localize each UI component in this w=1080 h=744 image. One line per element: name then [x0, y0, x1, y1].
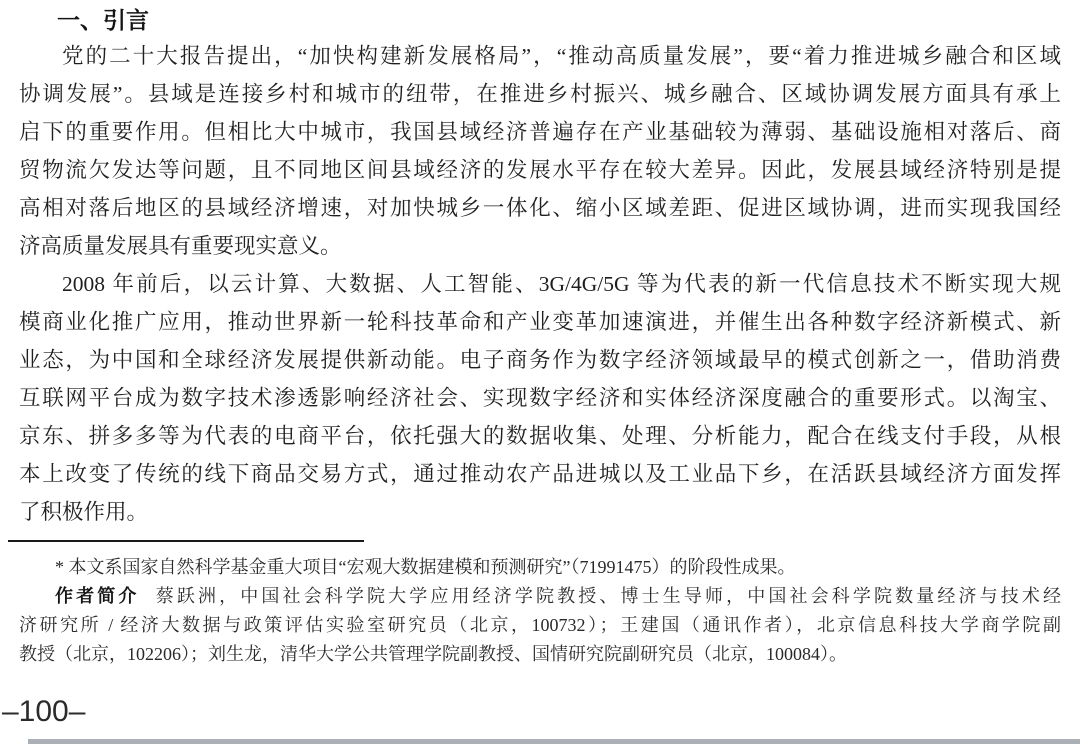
text-line: 2008 年前后，以云计算、大数据、人工智能、3G/4G/5G 等为代表的新一代… — [19, 265, 1061, 303]
author-intro-label: 作者简介 — [55, 586, 140, 606]
text-line: 模商业化推广应用，推动世界新一轮科技革命和产业变革加速演进，并催生出各种数字经济… — [19, 303, 1061, 341]
text-line: 济研究所 / 经济大数据与政策评估实验室研究员（北京，100732）；王建国（通… — [19, 611, 1061, 640]
text-line: 济高质量发展具有重要现实意义。 — [19, 227, 1061, 265]
section-heading: 一、引言 — [57, 5, 1061, 35]
text-line: 了积极作用。 — [19, 493, 1061, 531]
intro-paragraph-1: 党的二十大报告提出，“加快构建新发展格局”，“推动高质量发展”，要“着力推进城乡… — [19, 37, 1061, 265]
text-line: 本上改变了传统的线下商品交易方式，通过推动农产品进城以及工业品下乡，在活跃县域经… — [19, 455, 1061, 493]
author-intro-text: 蔡跃洲，中国社会科学院大学应用经济学院教授、博士生导师，中国社会科学院数量经济与… — [156, 586, 1061, 606]
footnote-author-continuation: 济研究所 / 经济大数据与政策评估实验室研究员（北京，100732）；王建国（通… — [19, 611, 1061, 669]
text-line: 京东、拼多多等为代表的电商平台，依托强大的数据收集、处理、分析能力，配合在线支付… — [19, 417, 1061, 455]
footnote-author-line: 作者简介蔡跃洲，中国社会科学院大学应用经济学院教授、博士生导师，中国社会科学院数… — [19, 582, 1061, 611]
scan-edge-artifact — [28, 739, 1080, 744]
text-line: 教授（北京，102206）；刘生龙，清华大学公共管理学院副教授、国情研究院副研究… — [19, 640, 1061, 669]
text-line: 贸物流欠发达等问题，且不同地区间县域经济的发展水平存在较大差异。因此，发展县域经… — [19, 151, 1061, 189]
footnote-block: * 本文系国家自然科学基金重大项目“宏观大数据建模和预测研究”（71991475… — [19, 553, 1061, 669]
text-line: 高相对落后地区的县域经济增速，对加快城乡一体化、缩小区域差距、促进区域协调，进而… — [19, 189, 1061, 227]
text-line: 党的二十大报告提出，“加快构建新发展格局”，“推动高质量发展”，要“着力推进城乡… — [19, 37, 1061, 75]
page-number: –100– — [2, 695, 1061, 729]
text-line: 协调发展”。县域是连接乡村和城市的纽带，在推进乡村振兴、城乡融合、区域协调发展方… — [19, 75, 1061, 113]
footnote-funding-line: * 本文系国家自然科学基金重大项目“宏观大数据建模和预测研究”（71991475… — [19, 553, 1061, 582]
text-line: 业态，为中国和全球经济发展提供新动能。电子商务作为数字经济领域最早的模式创新之一… — [19, 341, 1061, 379]
text-line: 启下的重要作用。但相比大中城市，我国县域经济普遍存在产业基础较为薄弱、基础设施相… — [19, 113, 1061, 151]
intro-paragraph-2: 2008 年前后，以云计算、大数据、人工智能、3G/4G/5G 等为代表的新一代… — [19, 265, 1061, 531]
paper-page: 一、引言 党的二十大报告提出，“加快构建新发展格局”，“推动高质量发展”，要“着… — [0, 5, 1080, 729]
text-line: 互联网平台成为数字技术渗透影响经济社会、实现数字经济和实体经济深度融合的重要形式… — [19, 379, 1061, 417]
footnote-separator-rule — [8, 540, 364, 542]
